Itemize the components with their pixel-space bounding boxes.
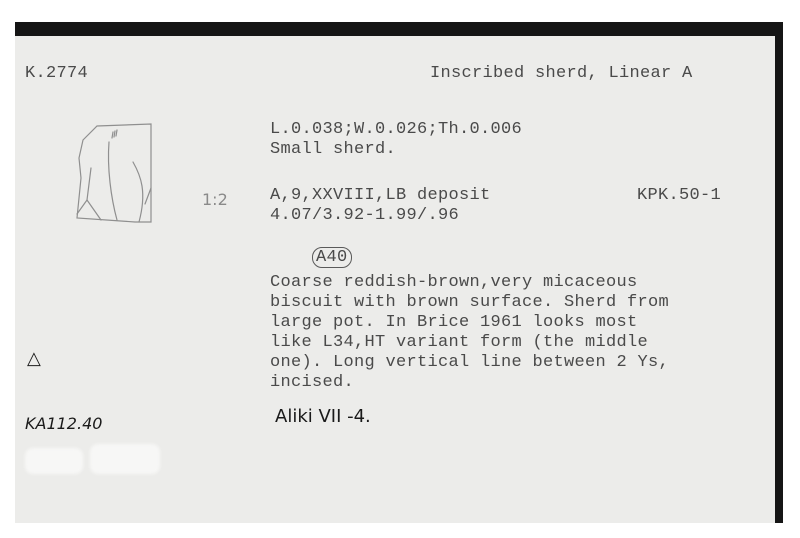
handwritten-reference: Aliki VII -4. xyxy=(275,406,371,427)
description-line: like L34,HT variant form (the middle xyxy=(270,333,669,353)
sherd-drawing xyxy=(75,118,155,226)
description-line: Coarse reddish-brown,very micaceous xyxy=(270,273,669,293)
description-line: biscuit with brown surface. Sherd from xyxy=(270,293,669,313)
context-code: KPK.50-1 xyxy=(637,186,721,206)
catalog-number: K.2774 xyxy=(25,64,88,84)
description-line: incised. xyxy=(270,373,669,393)
triangle-mark-icon: △ xyxy=(27,348,41,369)
measurements: 4.07/3.92-1.99/.96 xyxy=(270,206,459,226)
object-title: Inscribed sherd, Linear A xyxy=(430,64,693,84)
erased-mark xyxy=(90,444,160,474)
handwritten-inventory: KA112.40 xyxy=(25,414,102,433)
findspot: A,9,XXVIII,LB deposit xyxy=(270,186,491,206)
index-card: K.2774 Inscribed sherd, Linear A L.0.038… xyxy=(15,22,783,523)
scale-note: 1:2 xyxy=(202,190,228,209)
short-description: Small sherd. xyxy=(270,140,396,160)
description-line: large pot. In Brice 1961 looks most xyxy=(270,313,669,333)
description-line: one). Long vertical line between 2 Ys, xyxy=(270,353,669,373)
erased-mark xyxy=(25,448,83,474)
circled-code: A40 xyxy=(312,247,352,268)
description-block: Coarse reddish-brown,very micaceous bisc… xyxy=(270,273,669,393)
dimensions: L.0.038;W.0.026;Th.0.006 xyxy=(270,120,522,140)
